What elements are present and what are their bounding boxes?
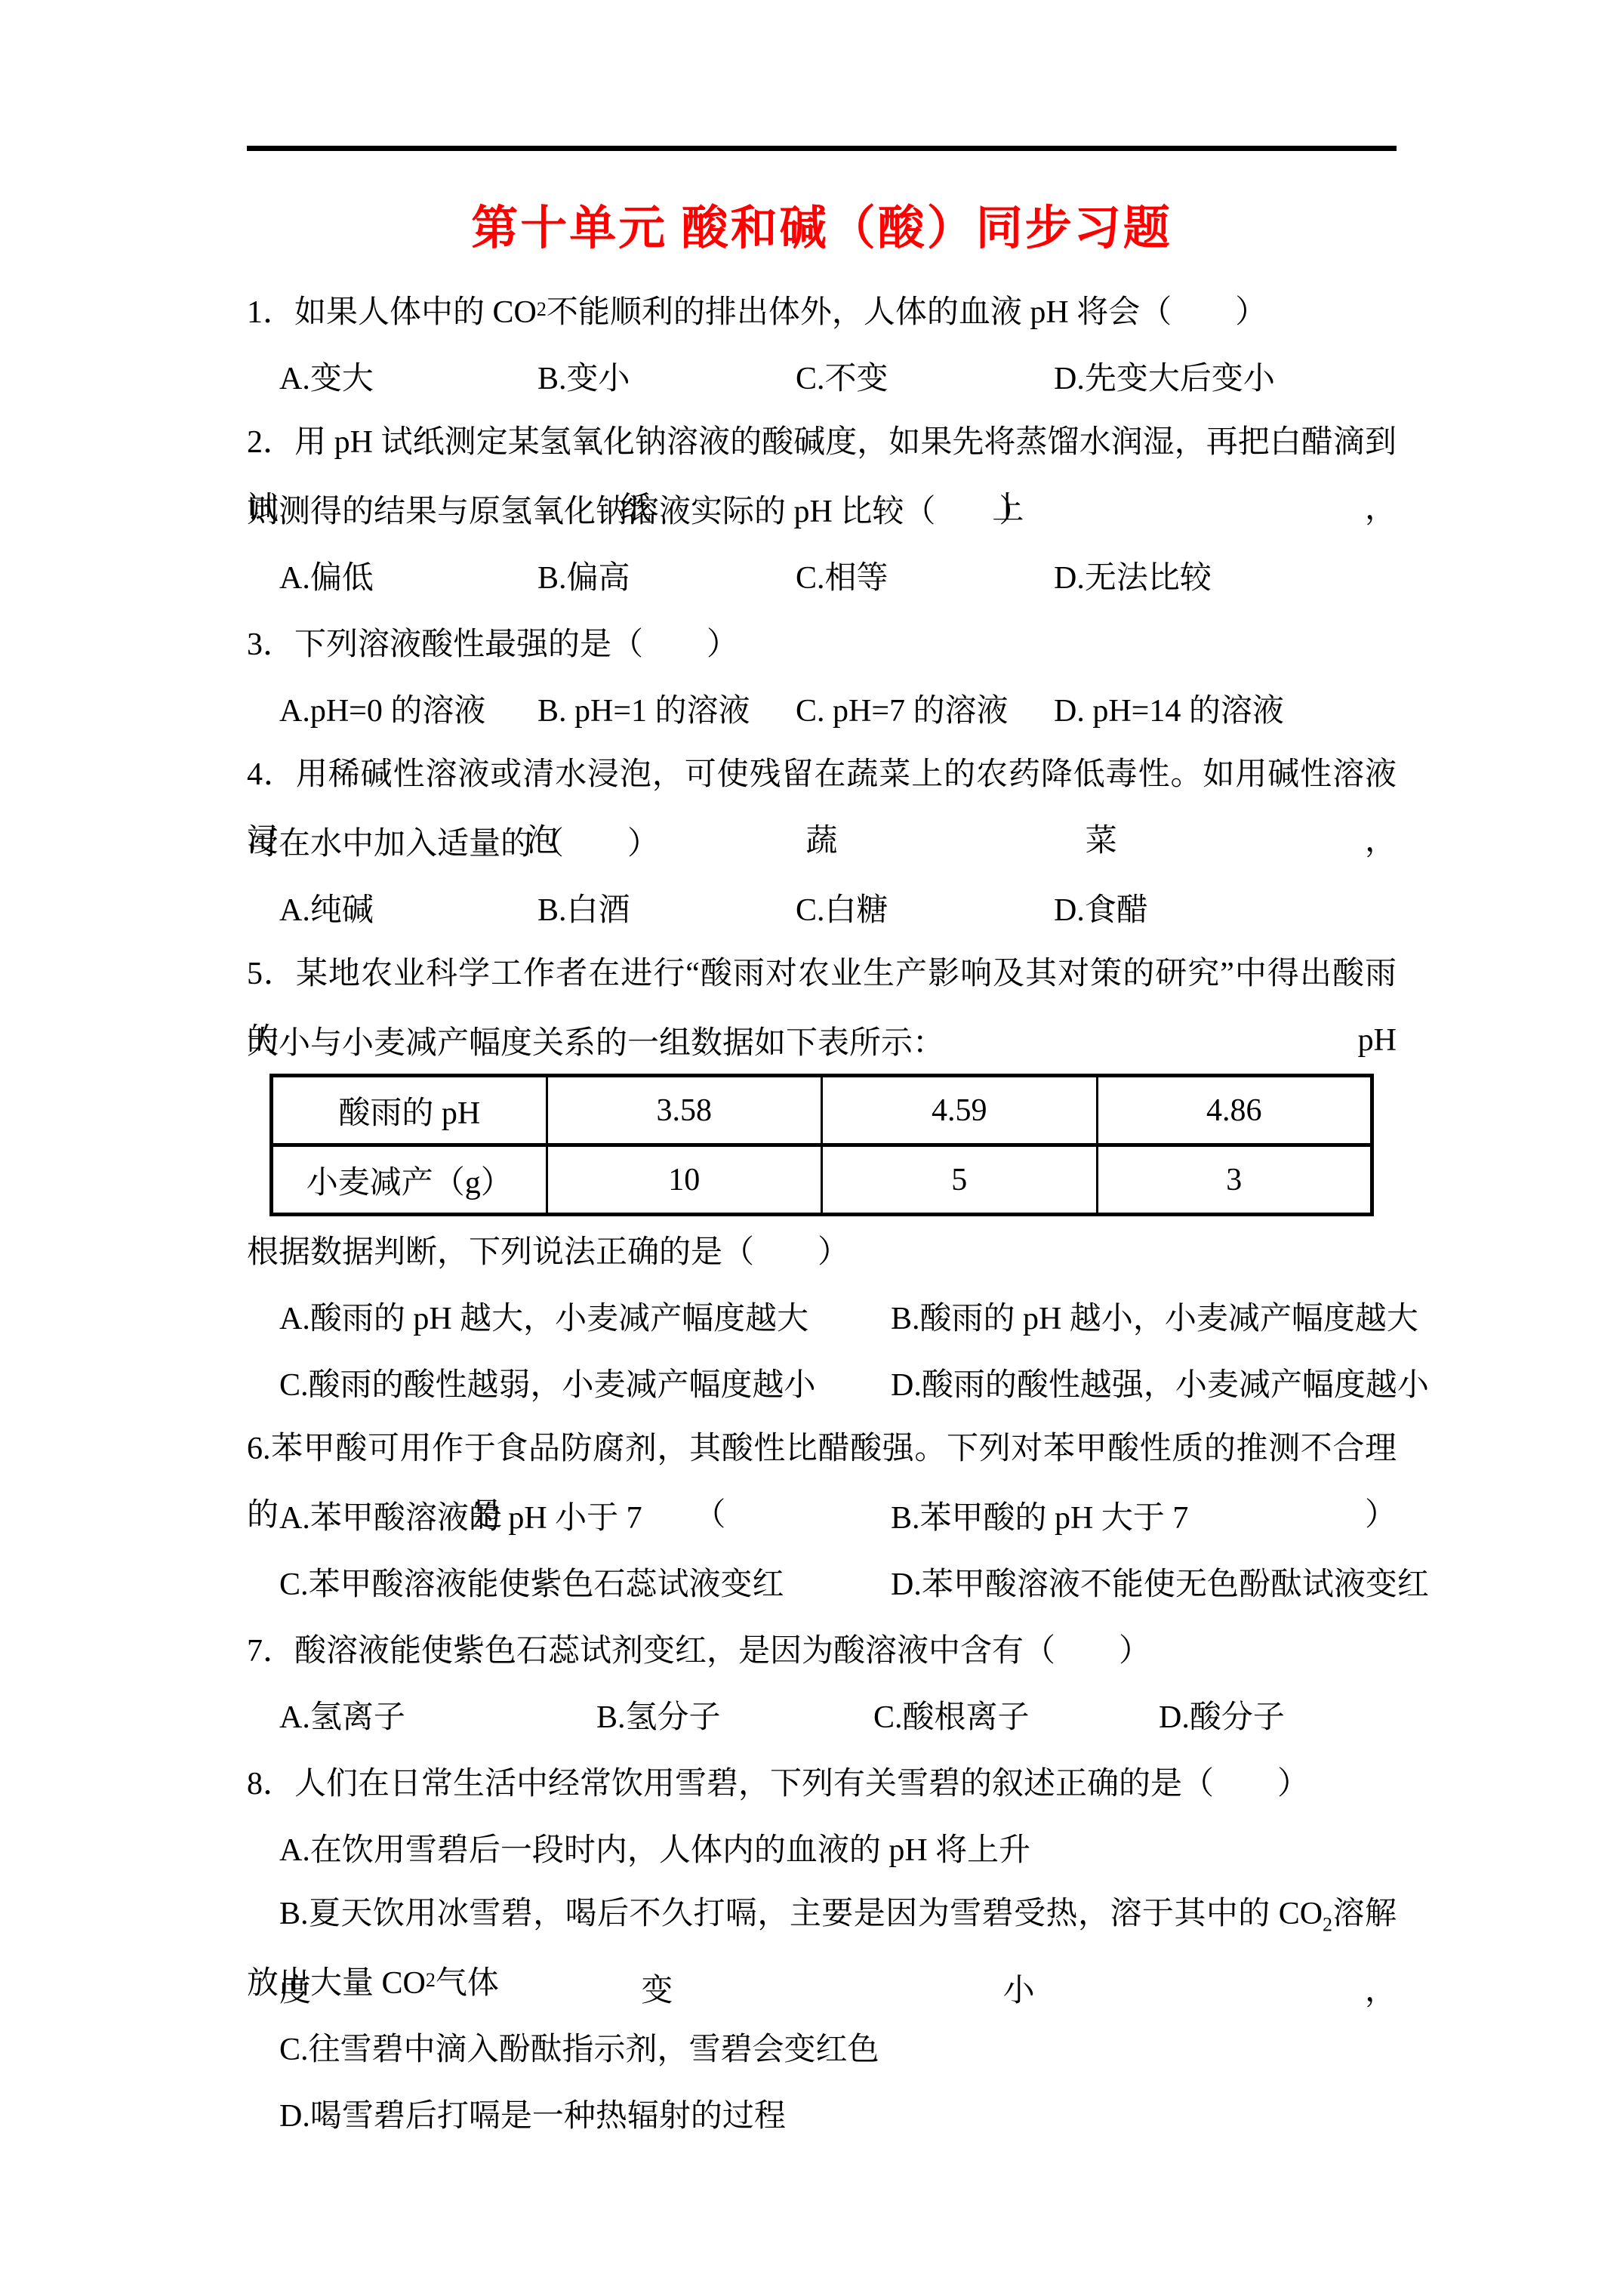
question-5-option-c: C.酸雨的酸性越弱，小麦减产幅度越小 — [279, 1360, 891, 1405]
question-1-stem: 1．如果人体中的 CO2不能顺利的排出体外，人体的血液 pH 将会（ ） — [247, 276, 1397, 343]
question-3-option-a: A.pH=0 的溶液 — [279, 686, 537, 731]
question-5-data-table: 酸雨的 pH 3.58 4.59 4.86 小麦减产（g） 10 5 3 — [269, 1074, 1374, 1216]
question-2-option-b: B.偏高 — [537, 553, 796, 598]
page-title: 第十单元 酸和碱（酸）同步习题 — [247, 190, 1397, 257]
question-7-option-a: A.氢离子 — [279, 1692, 596, 1737]
table-cell-ph-1: 3.58 — [547, 1076, 822, 1145]
question-5-option-a: A.酸雨的 pH 越大，小麦减产幅度越大 — [279, 1293, 891, 1339]
question-1-options: A.变大 B.变小 C.不变 D.先变大后变小 — [247, 343, 1397, 409]
question-1-option-a: A.变大 — [279, 353, 537, 399]
question-3-option-d: D. pH=14 的溶液 — [1054, 686, 1284, 731]
question-2-option-c: C.相等 — [796, 553, 1054, 598]
question-5-option-b: B.酸雨的 pH 越小，小麦减产幅度越大 — [891, 1293, 1418, 1339]
table-cell-loss-1: 10 — [547, 1145, 822, 1215]
question-5-options-ab: A.酸雨的 pH 越大，小麦减产幅度越大 B.酸雨的 pH 越小，小麦减产幅度越… — [247, 1283, 1397, 1349]
question-7-option-c: C.酸根离子 — [873, 1692, 1159, 1737]
question-6-option-a: A.苯甲酸溶液的 pH 小于 7 — [279, 1493, 891, 1538]
question-8-option-b-line1: B.夏天饮用冰雪碧，喝后不久打嗝，主要是因为雪碧受热，溶于其中的 CO2溶解度变… — [247, 1881, 1397, 1947]
question-6-options-cd: C.苯甲酸溶液能使紫色石蕊试液变红 D.苯甲酸溶液不能使无色酚酞试液变红 — [247, 1549, 1397, 1615]
worksheet-body: 1．如果人体中的 CO2不能顺利的排出体外，人体的血液 pH 将会（ ） A.变… — [247, 276, 1397, 2147]
question-2-options: A.偏低 B.偏高 C.相等 D.无法比较 — [247, 542, 1397, 609]
question-3-option-c: C. pH=7 的溶液 — [796, 686, 1054, 731]
question-1-option-d: D.先变大后变小 — [1054, 353, 1275, 399]
question-1-option-c: C.不变 — [796, 353, 1054, 399]
question-3-option-b: B. pH=1 的溶液 — [537, 686, 796, 731]
question-5-judge-line: 根据数据判断，下列说法正确的是（ ） — [247, 1216, 1397, 1283]
table-cell-loss-2: 5 — [822, 1145, 1098, 1215]
question-6-stem: 6.苯甲酸可用作于食品防腐剂，其酸性比醋酸强。下列对苯甲酸性质的推测不合理的是（… — [247, 1416, 1397, 1482]
table-row-wheat-loss: 小麦减产（g） 10 5 3 — [272, 1145, 1372, 1215]
question-5-options-cd: C.酸雨的酸性越弱，小麦减产幅度越小 D.酸雨的酸性越强，小麦减产幅度越小 — [247, 1349, 1397, 1416]
question-6-option-b: B.苯甲酸的 pH 大于 7 — [891, 1493, 1188, 1538]
question-4-option-c: C.白糖 — [796, 885, 1054, 930]
question-3-stem: 3．下列溶液酸性最强的是（ ） — [247, 609, 1397, 675]
question-4-options: A.纯碱 B.白酒 C.白糖 D.食醋 — [247, 874, 1397, 941]
table-cell-loss-label: 小麦减产（g） — [272, 1145, 547, 1215]
table-cell-loss-3: 3 — [1097, 1145, 1372, 1215]
question-4-stem-line1: 4．用稀碱性溶液或清水浸泡，可使残留在蔬菜上的农药降低毒性。如用碱性溶液浸泡蔬菜… — [247, 741, 1397, 808]
question-8-option-a: A.在饮用雪碧后一段时内，人体内的血液的 pH 将上升 — [247, 1814, 1397, 1881]
question-6-option-c: C.苯甲酸溶液能使紫色石蕊试液变红 — [279, 1559, 891, 1604]
table-row-acid-rain-ph: 酸雨的 pH 3.58 4.59 4.86 — [272, 1076, 1372, 1145]
question-4-option-d: D.食醋 — [1054, 885, 1148, 930]
question-2-option-d: D.无法比较 — [1054, 553, 1212, 598]
question-6-option-d: D.苯甲酸溶液不能使无色酚酞试液变红 — [891, 1559, 1429, 1604]
question-8-stem: 8．人们在日常生活中经常饮用雪碧，下列有关雪碧的叙述正确的是（ ） — [247, 1748, 1397, 1814]
table-cell-ph-2: 4.59 — [822, 1076, 1098, 1145]
question-4-option-a: A.纯碱 — [279, 885, 537, 930]
question-2-option-a: A.偏低 — [279, 553, 537, 598]
question-7-options: A.氢离子 B.氢分子 C.酸根离子 D.酸分子 — [247, 1681, 1397, 1748]
table-cell-ph-3: 4.86 — [1097, 1076, 1372, 1145]
worksheet-page: 第十单元 酸和碱（酸）同步习题 1．如果人体中的 CO2不能顺利的排出体外，人体… — [0, 0, 1623, 2296]
question-7-option-b: B.氢分子 — [596, 1692, 873, 1737]
header-rule — [247, 146, 1397, 151]
question-7-option-d: D.酸分子 — [1159, 1692, 1285, 1737]
question-2-stem-line1: 2．用 pH 试纸测定某氢氧化钠溶液的酸碱度，如果先将蒸馏水润湿，再把白醋滴到试… — [247, 409, 1397, 476]
question-5-option-d: D.酸雨的酸性越强，小麦减产幅度越小 — [891, 1360, 1429, 1405]
question-5-stem-line1: 5．某地农业科学工作者在进行“酸雨对农业生产影响及其对策的研究”中得出酸雨的 p… — [247, 941, 1397, 1007]
table-cell-ph-label: 酸雨的 pH — [272, 1076, 547, 1145]
question-3-options: A.pH=0 的溶液 B. pH=1 的溶液 C. pH=7 的溶液 D. pH… — [247, 675, 1397, 741]
question-8-option-d: D.喝雪碧后打嗝是一种热辐射的过程 — [247, 2080, 1397, 2147]
question-4-option-b: B.白酒 — [537, 885, 796, 930]
question-1-option-b: B.变小 — [537, 353, 796, 399]
question-7-stem: 7．酸溶液能使紫色石蕊试剂变红，是因为酸溶液中含有（ ） — [247, 1615, 1397, 1681]
